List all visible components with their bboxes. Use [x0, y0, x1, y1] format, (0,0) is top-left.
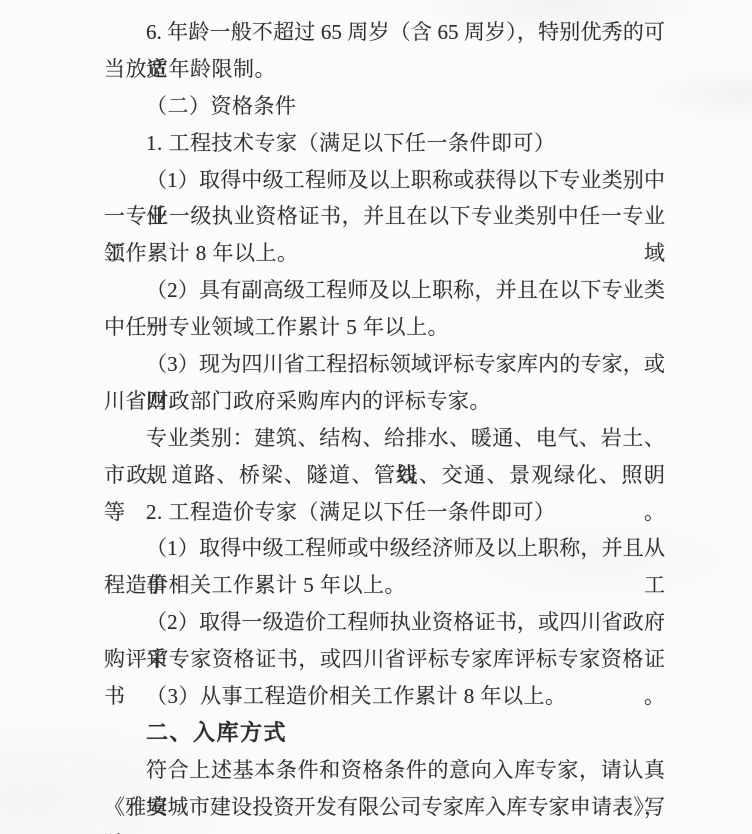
document-line: 《雅安城市建设投资开发有限公司专家库入库专家申请表》，随: [104, 789, 665, 826]
document-line: （3）现为四川省工程招标领域评标专家库内的专家，或四: [104, 346, 665, 383]
document-line: 购评审专家资格证书，或四川省评标专家库评标专家资格证书。: [104, 641, 665, 678]
section-subheading: （二）资格条件: [104, 88, 665, 125]
document-line: 一专业一级执业资格证书，并且在以下专业类别中任一专业领域: [104, 198, 665, 235]
document-line: （1）取得中级工程师及以上职称或获得以下专业类别中任: [104, 162, 665, 199]
scanned-document-page: 6. 年龄一般不超过 65 周岁（含 65 周岁），特别优秀的可适 当放宽年龄限…: [0, 0, 752, 834]
document-line: 市政、道路、桥梁、隧道、管线、交通、景观绿化、照明等。: [104, 457, 665, 494]
document-line: 符合上述基本条件和资格条件的意向入库专家，请认真填写: [104, 752, 665, 789]
document-line: （2）取得一级造价工程师执业资格证书，或四川省政府采: [104, 604, 665, 641]
document-line: （1）取得中级工程师或中级经济师及以上职称，并且从事工: [104, 530, 665, 567]
document-line: 专业类别：建筑、结构、给排水、暖通、电气、岩土、规划、: [104, 420, 665, 457]
section-heading: 二、入库方式: [104, 715, 665, 752]
document-line: 6. 年龄一般不超过 65 周岁（含 65 周岁），特别优秀的可适: [104, 14, 665, 51]
document-line: 川省财政部门政府采购库内的评标专家。: [104, 383, 665, 420]
document-line: 当放宽年龄限制。: [104, 51, 665, 88]
document-line: （2）具有副高级工程师及以上职称，并且在以下专业类别: [104, 272, 665, 309]
document-line: 1. 工程技术专家（满足以下任一条件即可）: [104, 125, 665, 162]
document-line: 中任一专业领域工作累计 5 年以上。: [104, 309, 665, 346]
